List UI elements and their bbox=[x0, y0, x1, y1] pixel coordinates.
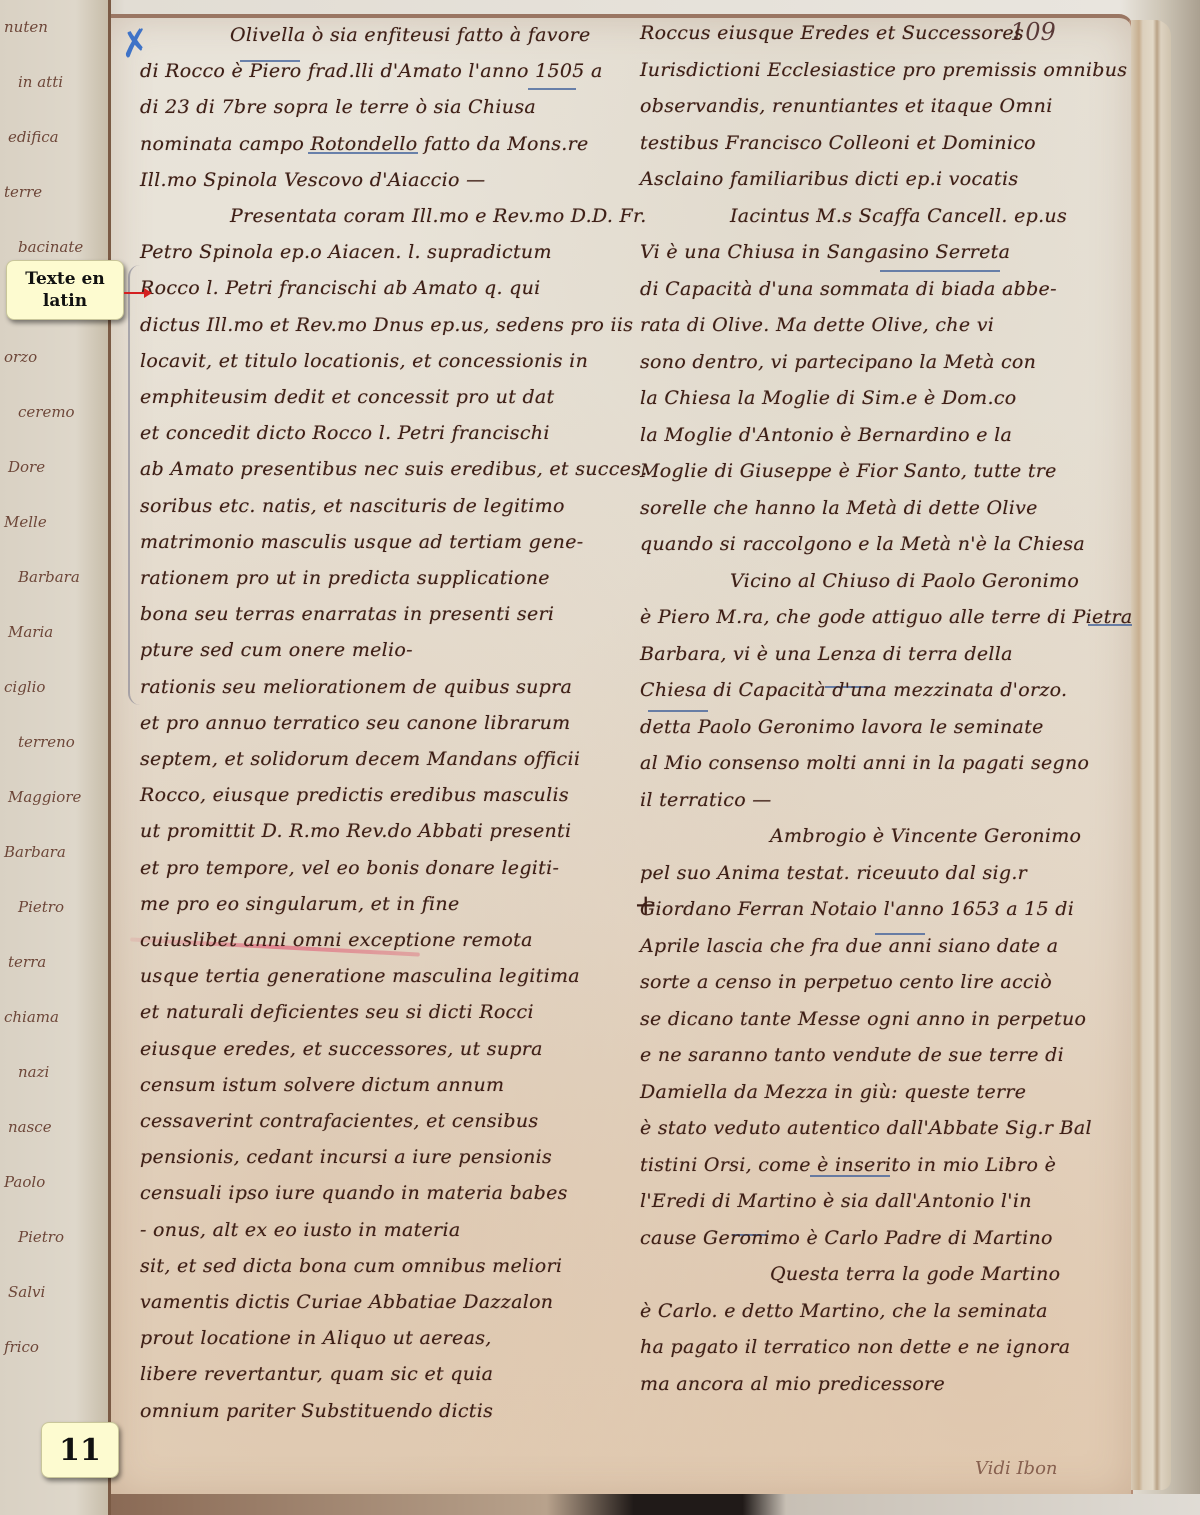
manuscript-line: dictus Ill.mo et Rev.mo Dnus ep.us, sede… bbox=[140, 314, 633, 336]
manuscript-line: Moglie di Giuseppe è Fior Santo, tutte t… bbox=[640, 460, 1057, 482]
manuscript-line: cessaverint contrafacientes, et censibus bbox=[140, 1110, 538, 1132]
facing-page-text-fragment: Dore bbox=[8, 458, 45, 476]
manuscript-line: ha pagato il terratico non dette e ne ig… bbox=[640, 1336, 1070, 1358]
manuscript-line: Presentata coram Ill.mo e Rev.mo D.D. Fr… bbox=[230, 205, 647, 227]
manuscript-line: se dicano tante Messe ogni anno in perpe… bbox=[640, 1008, 1086, 1030]
manuscript-line: Aprile lascia che fra due anni siano dat… bbox=[640, 935, 1058, 957]
facing-page-text-fragment: terre bbox=[4, 183, 42, 201]
manuscript-line: censum istum solvere dictum annum bbox=[140, 1074, 504, 1096]
facing-page-text-fragment: nazi bbox=[18, 1063, 49, 1081]
manuscript-line: ut promittit D. R.mo Rev.do Abbati prese… bbox=[140, 820, 571, 842]
manuscript-line: vamentis dictis Curiae Abbatiae Dazzalon bbox=[140, 1291, 553, 1313]
manuscript-line: testibus Francisco Colleoni et Dominico bbox=[640, 132, 1036, 154]
manuscript-line: ma ancora al mio predicessore bbox=[640, 1373, 945, 1395]
manuscript-line: di Capacità d'una sommata di biada abbe- bbox=[640, 278, 1057, 300]
manuscript-line: et pro annuo terratico seu canone librar… bbox=[140, 712, 570, 734]
manuscript-line: l'Eredi di Martino è sia dall'Antonio l'… bbox=[640, 1190, 1032, 1212]
manuscript-line: Iurisdictioni Ecclesiastice pro premissi… bbox=[640, 59, 1127, 81]
manuscript-line: detta Paolo Geronimo lavora le seminate bbox=[640, 716, 1044, 738]
manuscript-line: Iacintus M.s Scaffa Cancell. ep.us bbox=[730, 205, 1067, 227]
manuscript-line: di Rocco è Piero frad.lli d'Amato l'anno… bbox=[140, 60, 603, 82]
manuscript-line: pture sed cum onere melio- bbox=[140, 639, 413, 661]
facing-page-edge: nutenin attiedificaterrebacinateterraorz… bbox=[0, 0, 111, 1515]
page-stack-edges bbox=[1131, 20, 1171, 1490]
facing-page-text-fragment: Maggiore bbox=[8, 788, 81, 806]
facing-page-text-fragment: Barbara bbox=[4, 843, 66, 861]
book-bottom-edge bbox=[111, 1494, 1200, 1515]
manuscript-line: pensionis, cedant incursi a iure pension… bbox=[140, 1146, 552, 1168]
manuscript-line: Asclaino familiaribus dicti ep.i vocatis bbox=[640, 168, 1018, 190]
manuscript-line: eiusque eredes, et successores, ut supra bbox=[140, 1038, 543, 1060]
manuscript-line: septem, et solidorum decem Mandans offic… bbox=[140, 748, 580, 770]
manuscript-line: Roccus eiusque Eredes et Successores bbox=[640, 22, 1024, 44]
page-number-badge: 11 bbox=[41, 1422, 119, 1478]
facing-page-text-fragment: bacinate bbox=[18, 238, 83, 256]
manuscript-line: la Chiesa la Moglie di Sim.e è Dom.co bbox=[640, 387, 1017, 409]
manuscript-line: Ill.mo Spinola Vescovo d'Aiaccio — bbox=[140, 169, 485, 191]
blue-underline bbox=[648, 710, 708, 712]
facing-page-text-fragment: in atti bbox=[18, 73, 63, 91]
manuscript-line: locavit, et titulo locationis, et conces… bbox=[140, 350, 588, 372]
manuscript-line: rationis seu meliorationem de quibus sup… bbox=[140, 676, 572, 698]
signature: Vidi Ibon bbox=[975, 1458, 1058, 1479]
facing-page-text-fragment: Melle bbox=[4, 513, 47, 531]
facing-page-text-fragment: chiama bbox=[4, 1008, 59, 1026]
latin-text-callout: Texte en latin bbox=[6, 260, 124, 320]
manuscript-line: cause Geronimo è Carlo Padre di Martino bbox=[640, 1227, 1053, 1249]
manuscript-line: il terratico — bbox=[640, 789, 772, 811]
manuscript-line: sorelle che hanno la Metà di dette Olive bbox=[640, 497, 1038, 519]
facing-page-text-fragment: Barbara bbox=[18, 568, 80, 586]
facing-page-text-fragment: Pietro bbox=[18, 1228, 64, 1246]
manuscript-line: quando si raccolgono e la Metà n'è la Ch… bbox=[640, 533, 1085, 555]
callout-arrow-icon bbox=[124, 292, 146, 294]
manuscript-line: Questa terra la gode Martino bbox=[770, 1263, 1060, 1285]
manuscript-line: pel suo Anima testat. riceuuto dal sig.r bbox=[640, 862, 1027, 884]
manuscript-line: ab Amato presentibus nec suis eredibus, … bbox=[140, 458, 648, 480]
blue-underline bbox=[880, 270, 1000, 272]
manuscript-line: nominata campo Rotondello fatto da Mons.… bbox=[140, 133, 589, 155]
manuscript-line: prout locatione in Aliquo ut aereas, bbox=[140, 1327, 492, 1349]
facing-page-text-fragment: orzo bbox=[4, 348, 37, 366]
manuscript-line: et pro tempore, vel eo bonis donare legi… bbox=[140, 857, 559, 879]
manuscript-line: emphiteusim dedit et concessit pro ut da… bbox=[140, 386, 555, 408]
facing-page-text-fragment: Pietro bbox=[18, 898, 64, 916]
manuscript-line: Petro Spinola ep.o Aiacen. l. supradictu… bbox=[140, 241, 552, 263]
manuscript-line: al Mio consenso molti anni in la pagati … bbox=[640, 752, 1089, 774]
manuscript-line: è Piero M.ra, che gode attiguo alle terr… bbox=[640, 606, 1133, 628]
manuscript-line: rationem pro ut in predicta supplication… bbox=[140, 567, 550, 589]
manuscript-line: et naturali deficientes seu si dicti Roc… bbox=[140, 1001, 534, 1023]
manuscript-line: Vi è una Chiusa in Sangasino Serreta bbox=[640, 241, 1010, 263]
facing-page-text-fragment: ceremo bbox=[18, 403, 75, 421]
manuscript-line: observandis, renuntiantes et itaque Omni bbox=[640, 95, 1053, 117]
manuscript-line: e ne saranno tanto vendute de sue terre … bbox=[640, 1044, 1064, 1066]
manuscript-line: cuiuslibet anni omni exceptione remota bbox=[140, 929, 533, 951]
manuscript-line: Olivella ò sia enfiteusi fatto à favore bbox=[230, 24, 591, 46]
manuscript-line: et concedit dicto Rocco l. Petri francis… bbox=[140, 422, 550, 444]
manuscript-line: rata di Olive. Ma dette Olive, che vi bbox=[640, 314, 994, 336]
manuscript-line: è Carlo. e detto Martino, che la seminat… bbox=[640, 1300, 1048, 1322]
manuscript-line: censuali ipso iure quando in materia bab… bbox=[140, 1182, 568, 1204]
manuscript-line: Chiesa di Capacità d'una mezzinata d'orz… bbox=[640, 679, 1067, 701]
manuscript-line: Barbara, vi è una Lenza di terra della bbox=[640, 643, 1013, 665]
manuscript-line: libere revertantur, quam sic et quia bbox=[140, 1363, 493, 1385]
facing-page-text-fragment: nasce bbox=[8, 1118, 52, 1136]
manuscript-line: - onus, alt ex eo iusto in materia bbox=[140, 1219, 460, 1241]
manuscript-line: omnium pariter Substituendo dictis bbox=[140, 1400, 493, 1422]
manuscript-line: Vicino al Chiuso di Paolo Geronimo bbox=[730, 570, 1079, 592]
manuscript-line: usque tertia generatione masculina legit… bbox=[140, 965, 580, 987]
manuscript-line: di 23 di 7bre sopra le terre ò sia Chius… bbox=[140, 96, 536, 118]
manuscript-line: Damiella da Mezza in giù: queste terre bbox=[640, 1081, 1026, 1103]
manuscript-line: sorte a censo in perpetuo cento lire acc… bbox=[640, 971, 1052, 993]
facing-page-text-fragment: frico bbox=[4, 1338, 39, 1356]
manuscript-line: Ambrogio è Vincente Geronimo bbox=[770, 825, 1081, 847]
facing-page-text-fragment: Paolo bbox=[4, 1173, 45, 1191]
manuscript-line: la Moglie d'Antonio è Bernardino e la bbox=[640, 424, 1012, 446]
facing-page-text-fragment: nuten bbox=[4, 18, 48, 36]
manuscript-line: matrimonio masculis usque ad tertiam gen… bbox=[140, 531, 583, 553]
manuscript-line: Giordano Ferran Notaio l'anno 1653 a 15 … bbox=[640, 898, 1074, 920]
manuscript-line: sit, et sed dicta bona cum omnibus melio… bbox=[140, 1255, 562, 1277]
manuscript-line: è stato veduto autentico dall'Abbate Sig… bbox=[640, 1117, 1092, 1139]
facing-page-text-fragment: terreno bbox=[18, 733, 75, 751]
facing-page-text-fragment: ciglio bbox=[4, 678, 45, 696]
cross-margin-mark: + bbox=[634, 888, 657, 921]
manuscript-line: Rocco, eiusque predictis eredibus mascul… bbox=[140, 784, 569, 806]
blue-underline bbox=[528, 88, 576, 90]
manuscript-line: sono dentro, vi partecipano la Metà con bbox=[640, 351, 1036, 373]
facing-page-text-fragment: Salvi bbox=[8, 1283, 45, 1301]
facing-page-text-fragment: Maria bbox=[8, 623, 53, 641]
manuscript-line: me pro eo singularum, et in fine bbox=[140, 893, 460, 915]
facing-page-text-fragment: terra bbox=[8, 953, 46, 971]
manuscript-line: tistini Orsi, come è inserito in mio Lib… bbox=[640, 1154, 1056, 1176]
facing-page-text-fragment: edifica bbox=[8, 128, 59, 146]
manuscript-line: Rocco l. Petri francischi ab Amato q. qu… bbox=[140, 277, 541, 299]
manuscript-line: bona seu terras enarratas in presenti se… bbox=[140, 603, 554, 625]
manuscript-line: soribus etc. natis, et nascituris de leg… bbox=[140, 495, 565, 517]
